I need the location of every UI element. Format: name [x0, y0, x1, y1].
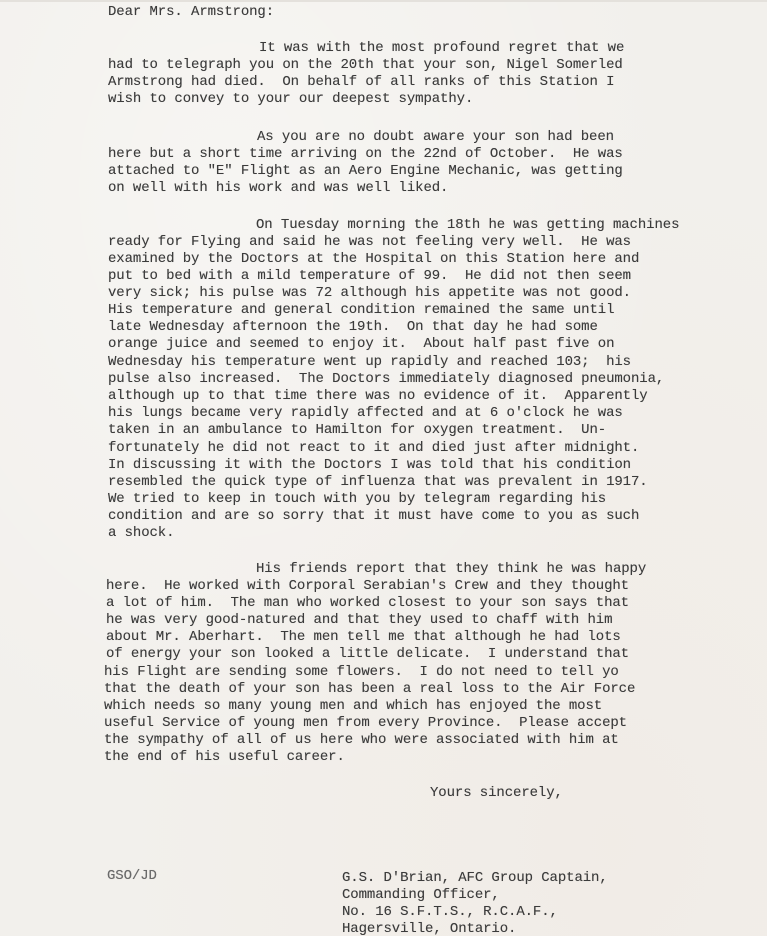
paragraph-3-line-15: In discussing it with the Doctors I was … [108, 457, 631, 474]
paragraph-2-line-1: As you are no doubt aware your son had b… [257, 129, 614, 146]
paragraph-2-line-3: attached to "E" Flight as an Aero Engine… [108, 163, 623, 180]
paragraph-3-line-19: a shock. [108, 525, 174, 542]
paragraph-4-line-6: of energy your son looked a little delic… [106, 646, 629, 663]
paragraph-1-line-4: wish to convey to your our deepest sympa… [108, 91, 473, 108]
paragraph-4-line-5: about Mr. Aberhart. The men tell me that… [106, 629, 621, 646]
paragraph-4-line-8: that the death of your son has been a re… [104, 681, 635, 698]
paragraph-1-line-1: It was with the most profound regret tha… [259, 40, 624, 57]
paragraph-4-line-3: a lot of him. The man who worked closest… [106, 595, 629, 612]
paragraph-3-line-6: His temperature and general condition re… [108, 302, 614, 319]
paragraph-3-line-1: On Tuesday morning the 18th he was getti… [256, 217, 679, 234]
paragraph-3-line-12: his lungs became very rapidly affected a… [108, 405, 623, 422]
paragraph-3-line-9: Wednesday his temperature went up rapidl… [108, 354, 631, 371]
salutation: Dear Mrs. Armstrong: [108, 4, 274, 21]
paragraph-3-line-8: orange juice and seemed to enjoy it. Abo… [108, 336, 614, 353]
paragraph-2-line-4: on well with his work and was well liked… [108, 180, 448, 197]
paragraph-3-line-14: fortunately he did not react to it and d… [108, 440, 639, 457]
letter-page: Dear Mrs. Armstrong: It was with the mos… [0, 0, 767, 936]
paragraph-4-line-1: His friends report that they think he wa… [256, 561, 646, 578]
paragraph-1-line-2: had to telegraph you on the 20th that yo… [108, 57, 623, 74]
paragraph-3-line-3: examined by the Doctors at the Hospital … [108, 251, 639, 268]
paragraph-3-line-16: resembled the quick type of influenza th… [108, 474, 648, 491]
paragraph-4-line-10: useful Service of young men from every P… [104, 715, 627, 732]
paragraph-4-line-11: the sympathy of all of us here who were … [104, 732, 619, 749]
paragraph-3-line-11: although up to that time there was no ev… [108, 388, 648, 405]
closing: Yours sincerely, [430, 785, 563, 802]
paragraph-4-line-9: which needs so many young men and which … [104, 698, 602, 715]
paragraph-4-line-4: he was very good-natured and that they u… [106, 612, 612, 629]
paragraph-3-line-17: We tried to keep in touch with you by te… [108, 491, 606, 508]
paragraph-1-line-3: Armstrong had died. On behalf of all ran… [108, 74, 614, 91]
paragraph-3-line-4: put to bed with a mild temperature of 99… [108, 268, 631, 285]
page-top-edge [0, 0, 767, 2]
signature-line-2: Commanding Officer, [342, 887, 500, 904]
paragraph-3-line-18: condition and are so sorry that it must … [108, 508, 639, 525]
reference-initials: GSO/JD [107, 868, 157, 885]
paragraph-3-line-7: late Wednesday afternoon the 19th. On th… [108, 319, 598, 336]
paragraph-4-line-12: the end of his useful career. [104, 749, 345, 766]
paragraph-3-line-2: ready for Flying and said he was not fee… [108, 234, 631, 251]
paragraph-4-line-7: his Flight are sending some flowers. I d… [104, 664, 619, 681]
paragraph-4-line-2: here. He worked with Corporal Serabian's… [106, 578, 629, 595]
signature-line-1: G.S. D'Brian, AFC Group Captain, [342, 870, 608, 887]
paragraph-2-line-2: here but a short time arriving on the 22… [108, 146, 623, 163]
paragraph-3-line-10: pulse also increased. The Doctors immedi… [108, 371, 664, 388]
signature-line-4: Hagersville, Ontario. [342, 921, 516, 936]
signature-line-3: No. 16 S.F.T.S., R.C.A.F., [342, 904, 558, 921]
paragraph-3-line-5: very sick; his pulse was 72 although his… [108, 285, 631, 302]
paragraph-3-line-13: taken in an ambulance to Hamilton for ox… [108, 422, 606, 439]
